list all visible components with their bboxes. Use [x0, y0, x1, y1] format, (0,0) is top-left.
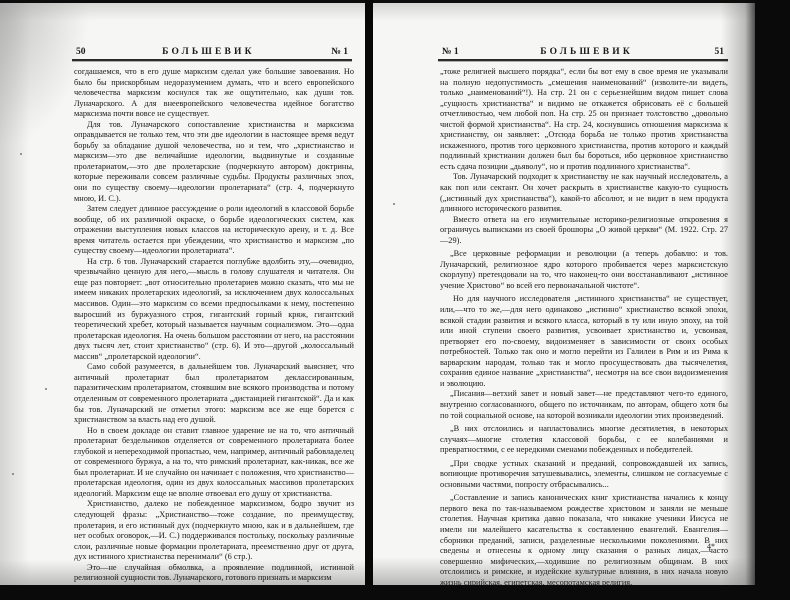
scan-bottom-border [0, 585, 790, 600]
paragraph: согдашаемся, что в его душе марксизм сде… [74, 67, 354, 120]
right-running-head: № 1 БОЛЬШЕВИК 51 [442, 43, 724, 57]
quoted-paragraph: „При сводке устных сказаний и преданий, … [440, 459, 728, 491]
scanned-spread: 50 БОЛЬШЕВИК № 1 согдашаемся, что в его … [0, 0, 790, 600]
paragraph: Для тов. Луначарского сопоставление хрис… [74, 120, 354, 204]
right-journal-title: БОЛЬШЕВИК [540, 47, 633, 57]
quoted-paragraph: „В них отслоились и напластовались многи… [440, 424, 728, 456]
scan-right-border [755, 0, 790, 600]
right-body-text: „тоже религией высшего порядка“, если бы… [440, 67, 728, 585]
scan-speck [12, 473, 14, 475]
left-journal-title: БОЛЬШЕВИК [162, 47, 255, 57]
paragraph: Но для научного исследователя „истинного… [440, 294, 728, 389]
scan-speck [180, 578, 182, 580]
paragraph: Вместо ответа на его изумительные истори… [440, 215, 728, 247]
paragraph: „тоже религией высшего порядка“, если бы… [440, 67, 728, 172]
left-header-rule [72, 59, 352, 61]
signature-mark: 4* [707, 542, 715, 551]
paragraph: Это—не случайная обмолвка, а проявление … [74, 563, 354, 584]
left-running-head: 50 БОЛЬШЕВИК № 1 [76, 43, 348, 57]
left-page: 50 БОЛЬШЕВИК № 1 согдашаемся, что в его … [0, 3, 366, 585]
scan-speck [20, 153, 22, 155]
paragraph: Христианство, далеко не побежденное марк… [74, 499, 354, 562]
paragraph: Тов. Луначарский подходит к христианству… [440, 172, 728, 214]
paragraph: Затем следует длинное рассуждение о роли… [74, 204, 354, 257]
quoted-paragraph: „Все церковные реформации и революции (а… [440, 249, 728, 291]
paragraph: На стр. 6 тов. Луначарский старается пог… [74, 257, 354, 362]
scan-speck [393, 203, 395, 205]
left-issue-number: № 1 [331, 47, 348, 57]
scan-speck [703, 113, 705, 115]
paragraph: Но в своем докладе он ставит главное уда… [74, 426, 354, 500]
left-body-text: согдашаемся, что в его душе марксизм сде… [74, 67, 354, 584]
right-page-number: 51 [714, 47, 724, 57]
right-page: № 1 БОЛЬШЕВИК 51 „тоже религией высшего … [373, 3, 755, 585]
quoted-paragraph: „Писания—ветхий завет и новый завет—не п… [440, 389, 728, 421]
quoted-paragraph: „Составление и запись канонических книг … [440, 493, 728, 585]
scan-speck [45, 388, 47, 390]
left-page-number: 50 [76, 47, 86, 57]
scan-speck [718, 303, 720, 305]
paragraph: Само собой разумеется, в дальнейшем тов.… [74, 362, 354, 425]
scan-speck [673, 563, 675, 565]
right-issue-number: № 1 [442, 47, 459, 57]
right-header-rule [438, 59, 728, 61]
